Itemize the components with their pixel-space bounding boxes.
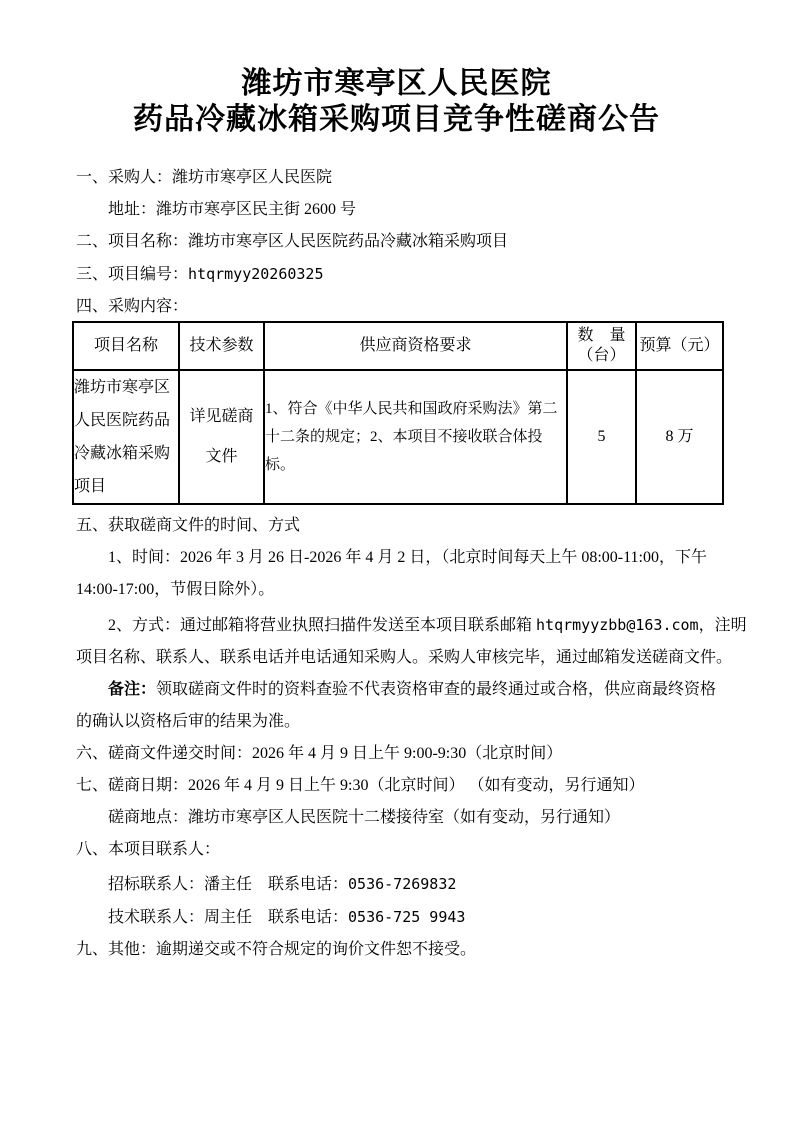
project-name-line: 二、项目名称：潍坊市寒亭区人民医院药品冷藏冰箱采购项目	[76, 226, 722, 258]
tech-contact-line: 技术联系人：周主任 联系电话：0536-725 9943	[76, 901, 722, 934]
doc-time-line: 1、时间：2026 年 3 月 26 日-2026 年 4 月 2 日，（北京时…	[76, 542, 722, 606]
document-body: 一、采购人：潍坊市寒亭区人民医院 地址：潍坊市寒亭区民主街 2600 号 二、项…	[76, 162, 722, 966]
contact-email: htqrmyyzbb@163.com	[536, 616, 699, 634]
section-eight-heading: 八、本项目联系人：	[76, 834, 722, 866]
col-header-project-name: 项目名称	[73, 322, 179, 370]
tech-contact-phone: 0536-725 9943	[348, 908, 465, 926]
cell-quantity: 5	[567, 370, 636, 504]
note-text: 领取磋商文件时的资料查验不代表资格审查的最终通过或合格，供应商最终资格 的确认以…	[76, 681, 716, 730]
project-number-value: htqrmyy20260325	[188, 265, 323, 283]
title-line-2: 药品冷藏冰箱采购项目竞争性磋商公告	[0, 102, 793, 138]
procurement-table: 项目名称 技术参数 供应商资格要求 数 量 （台） 预算（元） 潍坊市寒亭区人民…	[72, 321, 724, 505]
col-header-budget: 预算（元）	[636, 322, 723, 370]
buyer-address-line: 地址：潍坊市寒亭区民主街 2600 号	[76, 194, 722, 226]
title-line-1: 潍坊市寒亭区人民医院	[0, 66, 793, 102]
cell-supplier-requirements: 1、符合《中华人民共和国政府采购法》第二十二条的规定；2、本项目不接收联合体投标…	[264, 370, 567, 504]
note-label: 备注：	[108, 681, 156, 698]
section-five-heading: 五、获取磋商文件的时间、方式	[76, 510, 722, 542]
method-text-before-email: 2、方式：通过邮箱将营业执照扫描件发送至本项目联系邮箱	[108, 617, 536, 634]
section-six-line: 六、磋商文件递交时间：2026 年 4 月 9 日上午 9:00-9:30（北京…	[76, 738, 722, 770]
table-row: 潍坊市寒亭区人民医院药品冷藏冰箱采购项目 详见磋商 文件 1、符合《中华人民共和…	[73, 370, 723, 504]
section-nine-line: 九、其他：逾期递交或不符合规定的询价文件恕不接受。	[76, 934, 722, 966]
project-number-line: 三、项目编号：htqrmyy20260325	[76, 258, 722, 291]
bid-contact-phone: 0536-7269832	[348, 875, 456, 893]
buyer-line: 一、采购人：潍坊市寒亭区人民医院	[76, 162, 722, 194]
document-title: 潍坊市寒亭区人民医院 药品冷藏冰箱采购项目竞争性磋商公告	[0, 0, 793, 138]
project-number-label: 三、项目编号：	[76, 266, 188, 283]
note-line: 备注：领取磋商文件时的资料查验不代表资格审查的最终通过或合格，供应商最终资格 的…	[76, 674, 722, 738]
bid-contact-line: 招标联系人：潘主任 联系电话：0536-7269832	[76, 868, 722, 901]
col-header-quantity: 数 量 （台）	[567, 322, 636, 370]
cell-budget: 8 万	[636, 370, 723, 504]
section-seven-line: 七、磋商日期：2026 年 4 月 9 日上午 9:30（北京时间） （如有变动…	[76, 770, 722, 802]
table-header-row: 项目名称 技术参数 供应商资格要求 数 量 （台） 预算（元）	[73, 322, 723, 370]
tech-contact-label: 技术联系人：周主任 联系电话：	[108, 909, 348, 926]
document-page: 潍坊市寒亭区人民医院 药品冷藏冰箱采购项目竞争性磋商公告 一、采购人：潍坊市寒亭…	[0, 0, 793, 1122]
procurement-content-heading: 四、采购内容：	[76, 291, 722, 323]
cell-project-name: 潍坊市寒亭区人民医院药品冷藏冰箱采购项目	[73, 370, 179, 504]
cell-tech-params: 详见磋商 文件	[179, 370, 264, 504]
col-header-tech-params: 技术参数	[179, 322, 264, 370]
consultation-place-line: 磋商地点：潍坊市寒亭区人民医院十二楼接待室（如有变动，另行通知）	[76, 802, 722, 834]
doc-method-line: 2、方式：通过邮箱将营业执照扫描件发送至本项目联系邮箱 htqrmyyzbb@1…	[76, 609, 722, 674]
col-header-supplier-requirements: 供应商资格要求	[264, 322, 567, 370]
bid-contact-label: 招标联系人：潘主任 联系电话：	[108, 876, 348, 893]
